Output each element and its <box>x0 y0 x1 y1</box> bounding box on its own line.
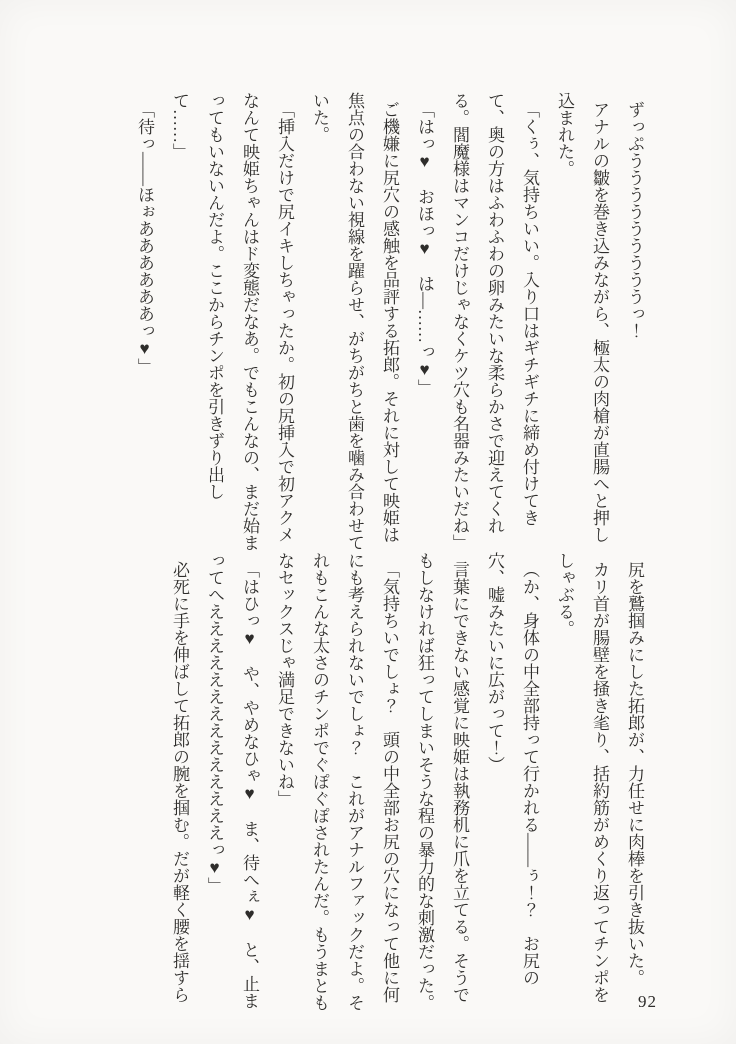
paragraph: 言葉にできない感覚に映姫は執務机に爪を立てる。そうでもしなければ狂ってしまいそう… <box>407 552 477 1016</box>
paragraph: ずっぷうううううううううっ！ <box>617 92 652 556</box>
text-block-top: ずっぷうううううううううっ！ アナルの皺を巻き込みながら、極太の肉槍が直腸へと押… <box>156 92 652 556</box>
paragraph: 「待っ――ほぉああああああっ♥」 <box>127 92 162 556</box>
paragraph: 「はひっ♥ や、やめなひゃ♥ ま、待へぇ♥ と、止まってへえええええええええええ… <box>197 552 267 1016</box>
paragraph: 「挿入だけで尻イキしちゃったか。初の尻挿入で初アクメなんて映姫ちゃんはド変態だな… <box>162 92 302 556</box>
paragraph: 「気持ちいでしょ？ 頭の中全部お尻の穴になって他に何にも考えられないでしょ？ こ… <box>267 552 407 1016</box>
paragraph: カリ首が腸壁を掻き毟り、括約筋がめくり返ってチンポをしゃぶる。 <box>547 552 617 1016</box>
paragraph: 「はっ♥ おほっ♥ は―……っ♥」 <box>407 92 442 556</box>
paragraph: 「くぅ、気持ちいい。入り口はギチギチに締め付けてきて、奥の方はふわふわの卵みたい… <box>442 92 547 556</box>
paragraph: （か、身体の中全部持って行かれる――ぅ！？ お尻の穴、嘘みたいに広がって！） <box>477 552 547 1016</box>
book-page: ずっぷうううううううううっ！ アナルの皺を巻き込みながら、極太の肉槍が直腸へと押… <box>0 0 736 1044</box>
paragraph: ご機嫌に尻穴の感触を品評する拓郎。それに対して映姫は焦点の合わない視線を躍らせ、… <box>302 92 407 556</box>
paragraph: 尻を鷲掴みにした拓郎が、力任せに肉棒を引き抜いた。 <box>617 552 652 1016</box>
paragraph: アナルの皺を巻き込みながら、極太の肉槍が直腸へと押し込まれた。 <box>547 92 617 556</box>
text-block-bottom: 尻を鷲掴みにした拓郎が、力任せに肉棒を引き抜いた。 カリ首が腸壁を掻き毟り、括約… <box>156 552 652 1016</box>
paragraph: 必死に手を伸ばして拓郎の腕を掴む。だが軽く腰を揺すら <box>162 552 197 1016</box>
page-number: 92 <box>638 992 657 1012</box>
